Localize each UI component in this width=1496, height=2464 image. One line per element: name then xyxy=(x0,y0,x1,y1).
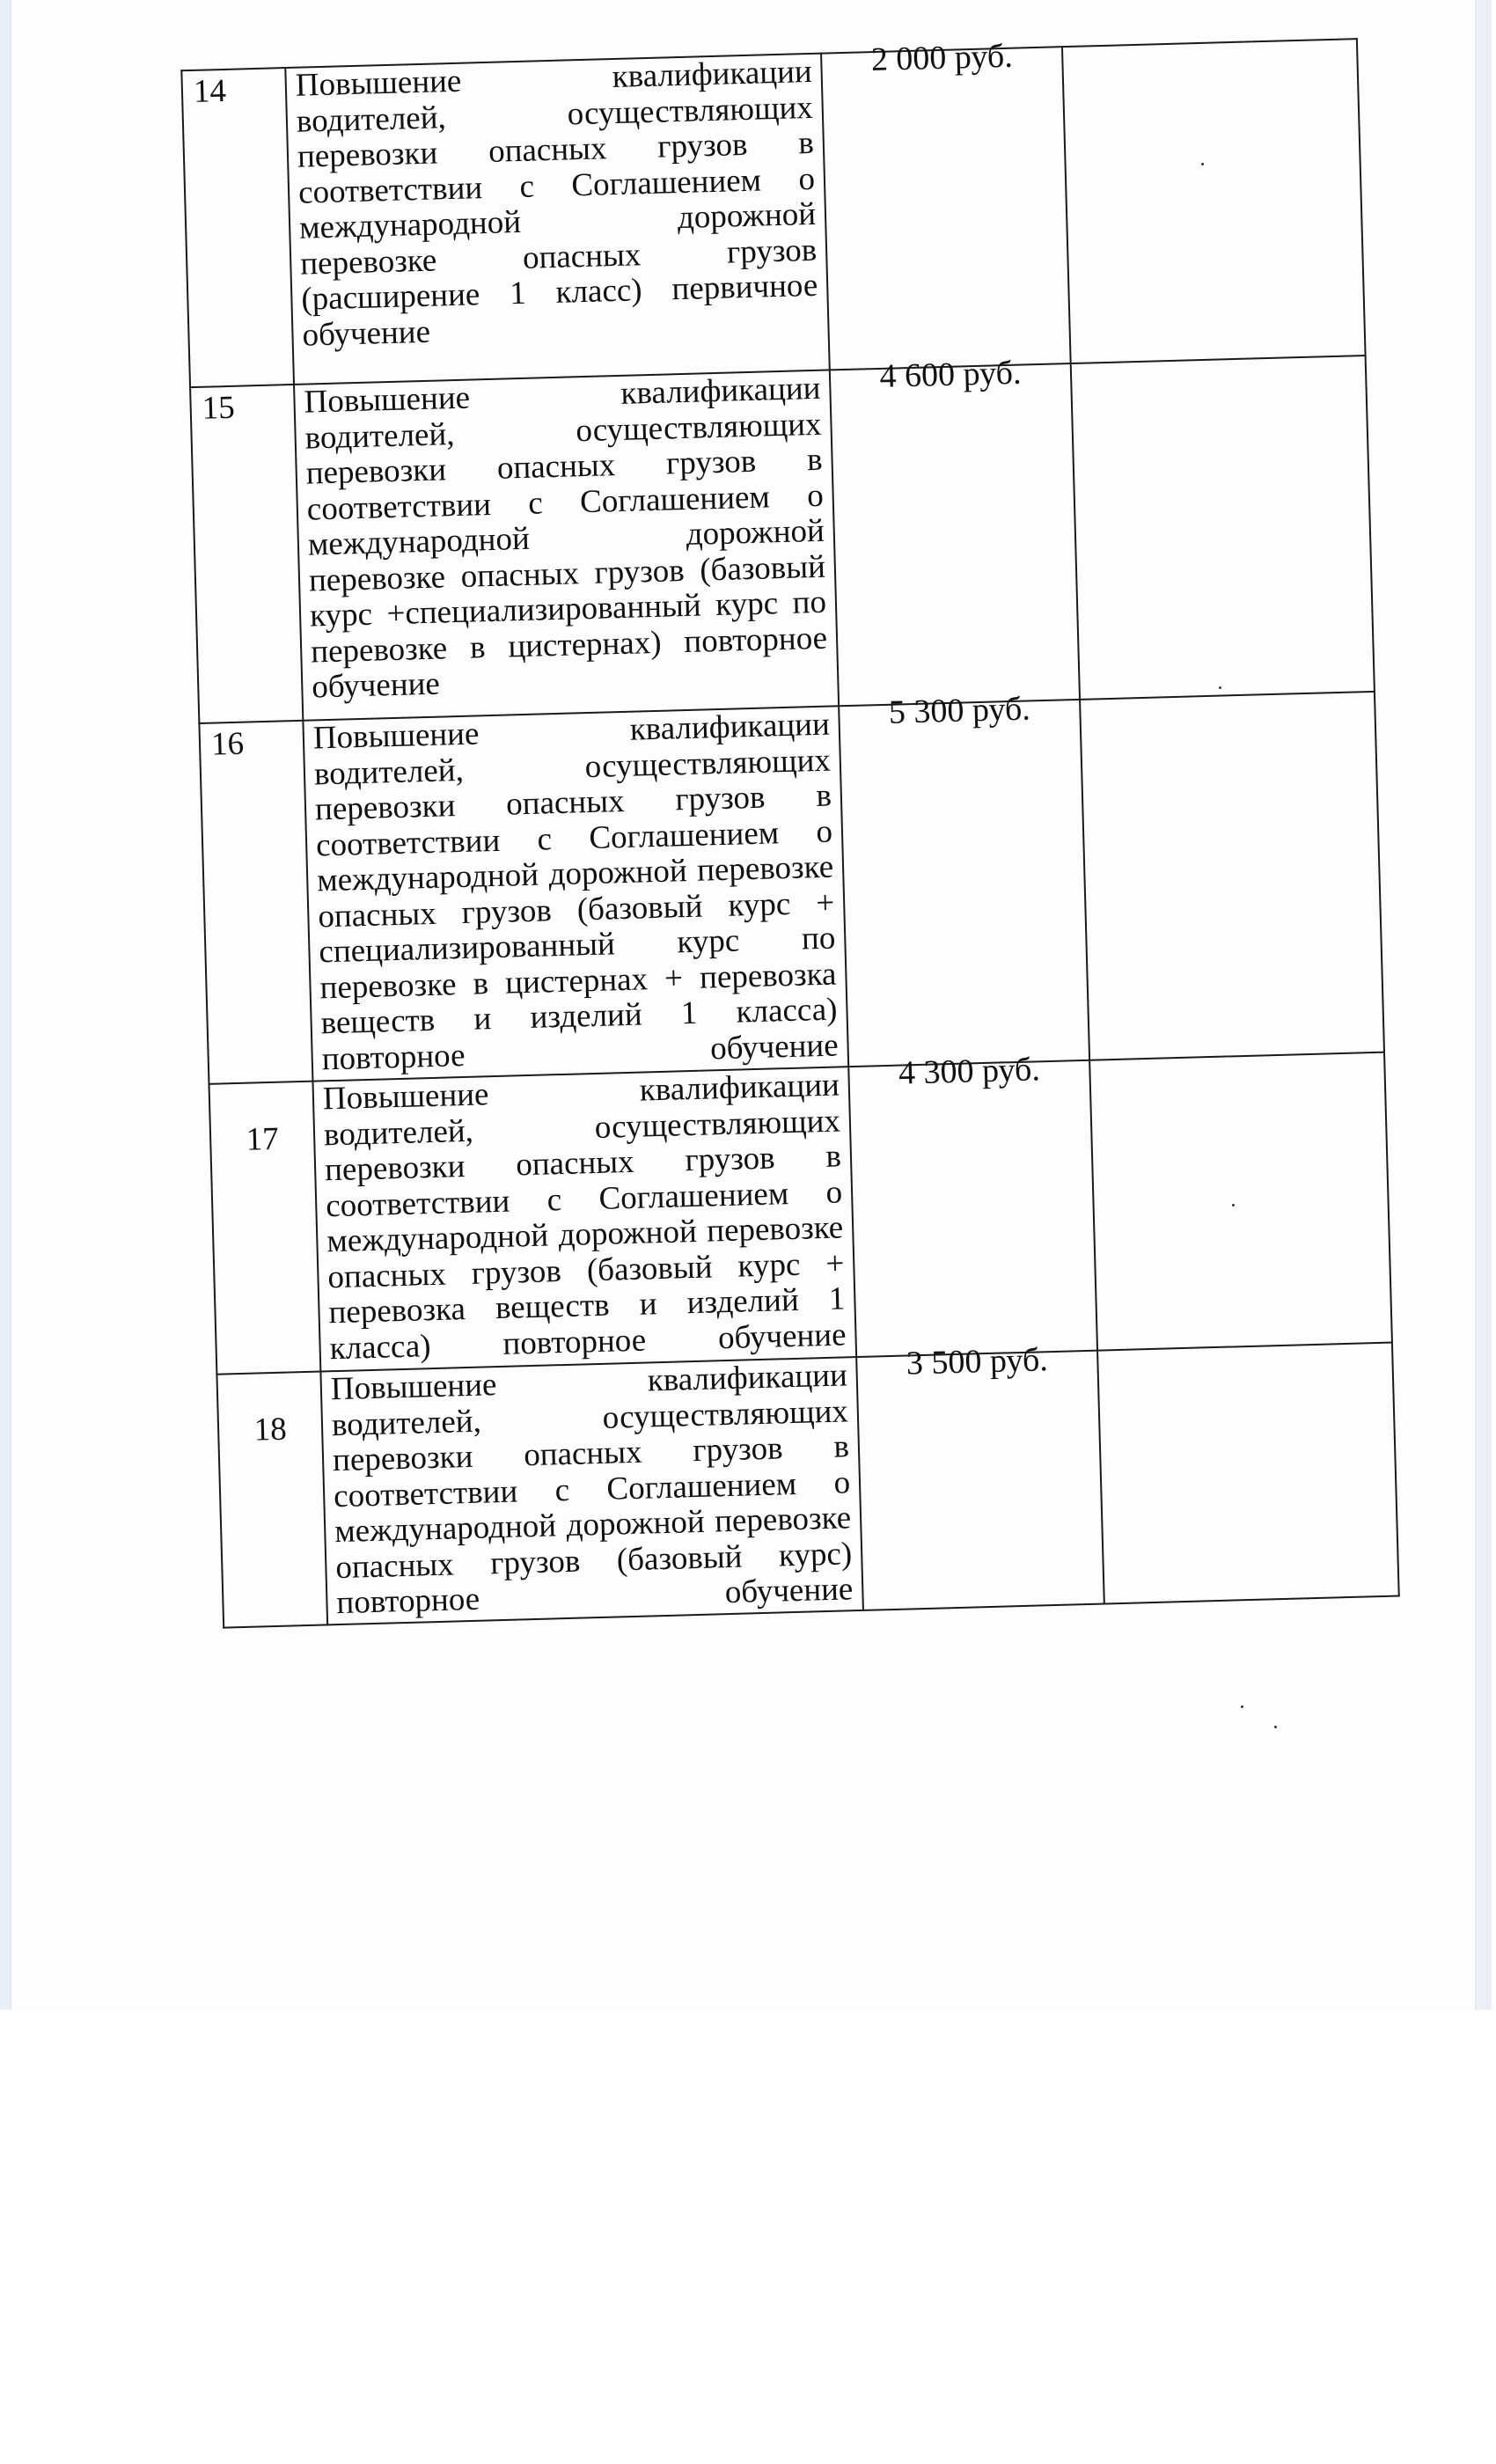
scan-edge-right xyxy=(1475,0,1492,2010)
description-cell: Повышениеквалификацииводителей,осуществл… xyxy=(320,1357,863,1624)
row-number: 15 xyxy=(191,385,294,428)
scan-edge-left xyxy=(0,0,11,2010)
row-price: 4 600 руб. xyxy=(879,356,1022,395)
row-number-cell: 15 xyxy=(190,385,303,723)
price-cell: 2 000 руб. xyxy=(821,47,1071,370)
row-description: Повышениеквалификацииводителей,осуществл… xyxy=(304,707,847,1077)
price-table: 14 Повышениеквалификацииводителей,осущес… xyxy=(180,38,1399,1629)
table-row-18: 18 Повышениеквалификацииводителей,осущес… xyxy=(216,1343,1398,1628)
row-price: 3 500 руб. xyxy=(906,1342,1048,1382)
row-description: Повышениеквалификацииводителей,осуществл… xyxy=(321,1358,862,1622)
row-number: 17 xyxy=(210,1082,314,1160)
row-price: 5 300 руб. xyxy=(888,691,1030,730)
table-row-17: 17 Повышениеквалификацииводителей,осущес… xyxy=(209,1052,1391,1375)
row-description: Повышениеквалификацииводителей,осуществл… xyxy=(286,55,828,354)
row-number-cell: 17 xyxy=(209,1082,320,1375)
empty-cell xyxy=(1080,692,1384,1060)
row-number-cell: 14 xyxy=(181,68,294,387)
table-row-14: 14 Повышениеквалификацииводителей,осущес… xyxy=(181,39,1365,387)
row-description: Повышениеквалификацииводителей,осуществл… xyxy=(295,370,838,706)
empty-cell xyxy=(1071,356,1375,700)
price-cell: 3 500 руб. xyxy=(856,1351,1104,1610)
row-price: 2 000 руб. xyxy=(870,39,1013,78)
scan-speck xyxy=(1241,1705,1243,1708)
row-number-cell: 16 xyxy=(199,721,312,1084)
description-cell: Повышениеквалификацииводителей,осуществл… xyxy=(294,370,839,720)
description-cell: Повышениеквалификацииводителей,осуществл… xyxy=(285,54,830,385)
table-row-15: 15 Повышениеквалификацииводителей,осущес… xyxy=(190,356,1375,723)
table-row-16: 16 Повышениеквалификацииводителей,осущес… xyxy=(199,692,1384,1084)
description-cell: Повышениеквалификацииводителей,осуществл… xyxy=(303,706,848,1081)
price-cell: 4 300 руб. xyxy=(848,1060,1097,1357)
price-cell: 5 300 руб. xyxy=(839,700,1089,1067)
row-number: 18 xyxy=(217,1373,321,1450)
row-description: Повышениеквалификацииводителей,осуществл… xyxy=(313,1067,855,1367)
row-number-cell: 18 xyxy=(216,1372,327,1628)
scan-speck xyxy=(1274,1726,1277,1728)
description-cell: Повышениеквалификацииводителей,осуществл… xyxy=(312,1067,856,1371)
empty-cell xyxy=(1089,1052,1392,1351)
empty-cell xyxy=(1062,39,1366,363)
empty-cell xyxy=(1097,1343,1399,1604)
row-price: 4 300 руб. xyxy=(898,1052,1040,1091)
price-table-container: 14 Повышениеквалификацииводителей,осущес… xyxy=(180,38,1390,1628)
row-number: 16 xyxy=(200,722,303,764)
row-number: 14 xyxy=(182,69,285,111)
price-cell: 4 600 руб. xyxy=(830,363,1080,706)
